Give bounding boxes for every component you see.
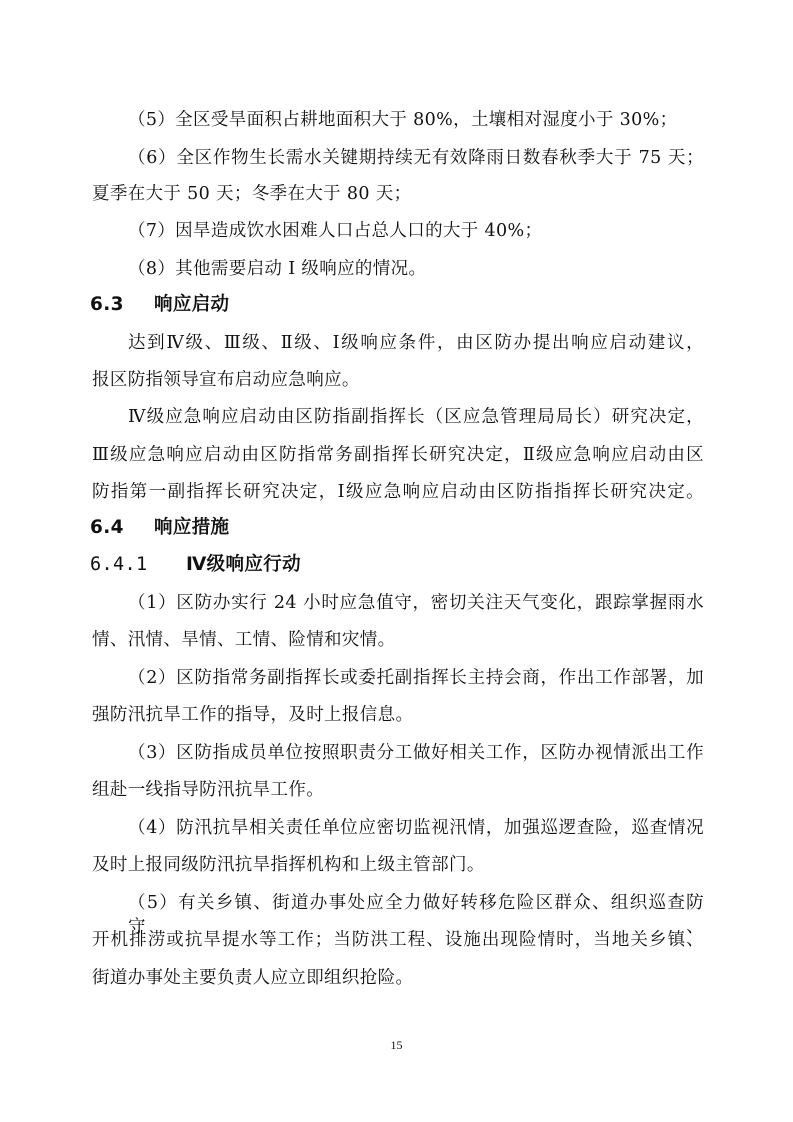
- paragraph-line: （5）全区受旱面积占耕地面积大于 80%，土壤相对湿度小于 30%；: [128, 108, 704, 132]
- heading-title: 响应启动: [154, 294, 229, 315]
- section-heading-6-3: 6.3响应启动: [90, 293, 702, 317]
- paragraph-line: （6）全区作物生长需水关键期持续无有效降雨日数春秋季大于 75 天；: [128, 146, 704, 170]
- paragraph-line: 开机排涝或抗旱提水等工作；当防洪工程、设施出现险情时，当地关乡镇、: [92, 928, 704, 952]
- paragraph-line: 情、汛情、旱情、工情、险情和灾情。: [92, 628, 704, 652]
- paragraph-line: 街道办事处主要负责人应立即组织抢险。: [92, 966, 704, 990]
- paragraph-line: 夏季在大于 50 天；冬季在大于 80 天；: [92, 182, 704, 206]
- paragraph-line: （4）防汛抗旱相关责任单位应密切监视汛情，加强巡逻查险，巡查情况: [128, 816, 704, 840]
- heading-number: 6.4: [90, 516, 154, 540]
- paragraph-line: Ⅳ级应急响应启动由区防指副指挥长（区应急管理局局长）研究决定，: [128, 405, 704, 429]
- heading-title: Ⅳ级响应行动: [186, 554, 301, 575]
- paragraph-line: 组赴一线指导防汛抗旱工作。: [92, 778, 704, 802]
- paragraph-line: （7）因旱造成饮水困难人口占总人口的大于 40%；: [128, 219, 704, 243]
- document-page: （5）全区受旱面积占耕地面积大于 80%，土壤相对湿度小于 30%； （6）全区…: [0, 0, 793, 1122]
- heading-number: 6.4.1: [90, 553, 186, 577]
- paragraph-line: 及时上报同级防汛抗旱指挥机构和上级主管部门。: [92, 853, 704, 877]
- heading-number: 6.3: [90, 293, 154, 317]
- paragraph-line: 达到Ⅳ级、Ⅲ级、Ⅱ级、Ⅰ级响应条件，由区防办提出响应启动建议，: [128, 331, 704, 355]
- paragraph-line: 报区防指领导宣布启动应急响应。: [92, 368, 704, 392]
- paragraph-line: 强防汛抗旱工作的指导，及时上报信息。: [92, 703, 704, 727]
- paragraph-line: （2）区防指常务副指挥长或委托副指挥长主持会商，作出工作部署，加: [128, 666, 704, 690]
- paragraph-line: （8）其他需要启动 I 级响应的情况。: [128, 257, 704, 281]
- paragraph-line: 防指第一副指挥长研究决定，Ⅰ级应急响应启动由区防指指挥长研究决定。: [92, 480, 704, 504]
- heading-title: 响应措施: [154, 517, 229, 538]
- subsection-heading-6-4-1: 6.4.1Ⅳ级响应行动: [90, 553, 702, 577]
- paragraph-line: （1）区防办实行 24 小时应急值守，密切关注天气变化，跟踪掌握雨水: [128, 591, 704, 615]
- page-number: 15: [0, 1038, 793, 1053]
- paragraph-line: （3）区防指成员单位按照职责分工做好相关工作，区防办视情派出工作: [128, 741, 704, 765]
- section-heading-6-4: 6.4响应措施: [90, 516, 702, 540]
- paragraph-line: Ⅲ级应急响应启动由区防指常务副指挥长研究决定，Ⅱ级应急响应启动由区: [92, 443, 704, 467]
